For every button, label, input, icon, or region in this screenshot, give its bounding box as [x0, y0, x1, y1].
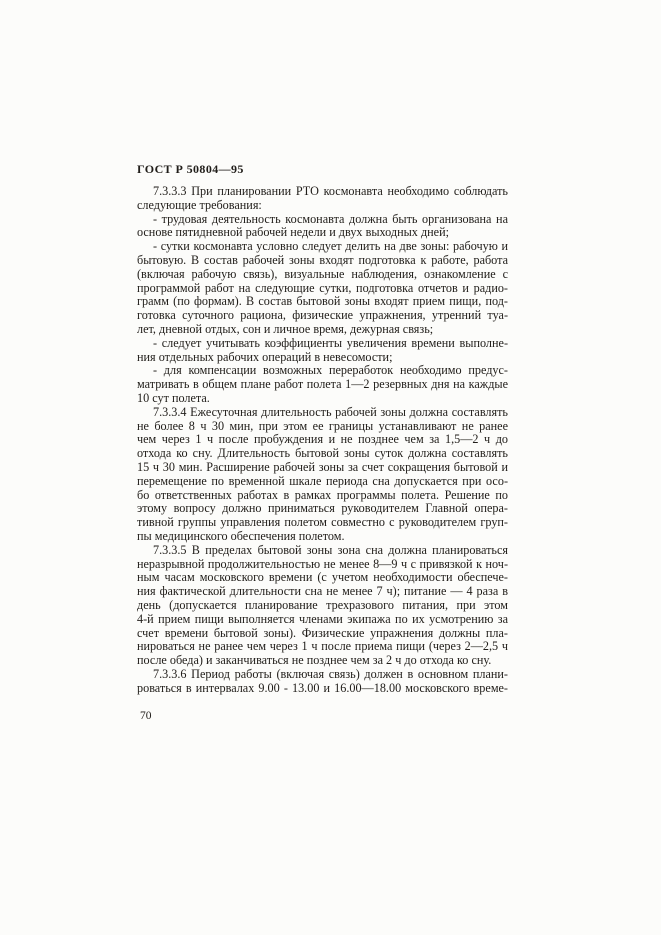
text-line: чем через 1 ч после пробуждения и не поз…	[137, 433, 508, 447]
text-line: ным часам московского времени (с учетом …	[137, 571, 508, 585]
list-item-coefficients: - следует учитывать коэффициенты увеличе…	[137, 337, 508, 365]
text-line: не более 8 ч 30 мин, при этом ее границы…	[137, 420, 508, 434]
text-line: - для компенсации возможных переработок …	[137, 364, 508, 378]
text-line: - следует учитывать коэффициенты увеличе…	[137, 337, 508, 351]
text-line: 15 ч 30 мин. Расширение рабочей зоны за …	[137, 461, 508, 475]
text-line: матривать в общем плане работ полета 1—2…	[137, 378, 508, 392]
list-item-work-week: - трудовая деятельность космонавта должн…	[137, 213, 508, 241]
text-line: бытовую. В состав рабочей зоны входят по…	[137, 254, 508, 268]
text-line: после обеда) и заканчиваться не позднее …	[137, 654, 508, 668]
document-page: ГОСТ Р 50804—95 7.3.3.3 При планировании…	[0, 0, 661, 935]
text-line: перемещение по временной шкале периода с…	[137, 475, 508, 489]
text-line: день (допускается планирование трехразов…	[137, 599, 508, 613]
text-line: 4-й прием пищи выполняется членами экипа…	[137, 613, 508, 627]
page-number: 70	[140, 710, 152, 722]
text-line: ния отдельных рабочих операций в невесом…	[137, 351, 508, 365]
text-line: отхода ко сну. Длительность бытовой зоны…	[137, 447, 508, 461]
text-line: тивной группы управления полетом совмест…	[137, 516, 508, 530]
list-item-reserve-days: - для компенсации возможных переработок …	[137, 364, 508, 405]
text-line: - сутки космонавта условно следует делит…	[137, 240, 508, 254]
text-line: (включая рабочую связь), визуальные набл…	[137, 268, 508, 282]
text-line: пы медицинского обеспечения полетом.	[137, 530, 508, 544]
text-line: нироваться не ранее чем через 1 ч после …	[137, 640, 508, 654]
text-line: программой работ на следующие сутки, под…	[137, 282, 508, 296]
paragraph-7333: 7.3.3.3 При планировании РТО космонавта …	[137, 185, 508, 213]
paragraph-7336: 7.3.3.6 Период работы (включая связь) до…	[137, 668, 508, 696]
text-line: 7.3.3.6 Период работы (включая связь) до…	[137, 668, 508, 682]
text-line: 7.3.3.5 В пределах бытовой зоны зона сна…	[137, 544, 508, 558]
text-line: неразрывной продолжительностью не менее …	[137, 558, 508, 572]
text-line: готовка суточного рациона, физические уп…	[137, 309, 508, 323]
text-line: этому вопросу должно приниматься руковод…	[137, 502, 508, 516]
text-line: роваться в интервалах 9.00 - 13.00 и 16.…	[137, 682, 508, 696]
document-body: 7.3.3.3 При планировании РТО космонавта …	[137, 185, 508, 695]
text-line: счет времени бытовой зоны). Физические у…	[137, 627, 508, 641]
list-item-two-zones: - сутки космонавта условно следует делит…	[137, 240, 508, 337]
document-header: ГОСТ Р 50804—95	[137, 162, 244, 177]
text-line: следующие требования:	[137, 199, 508, 213]
text-line: ния фактической длительности сна не мене…	[137, 585, 508, 599]
text-line: 10 сут полета.	[137, 392, 508, 406]
paragraph-7334: 7.3.3.4 Ежесуточная длительность рабочей…	[137, 406, 508, 544]
text-line: грамм (по формам). В состав бытовой зоны…	[137, 295, 508, 309]
text-line: лет, дневной отдых, сон и личное время, …	[137, 323, 508, 337]
text-line: бо ответственных работах в рамках програ…	[137, 489, 508, 503]
text-line: 7.3.3.4 Ежесуточная длительность рабочей…	[137, 406, 508, 420]
text-line: - трудовая деятельность космонавта должн…	[137, 213, 508, 227]
text-line: основе пятидневной рабочей недели и двух…	[137, 226, 508, 240]
text-line: 7.3.3.3 При планировании РТО космонавта …	[137, 185, 508, 199]
paragraph-7335: 7.3.3.5 В пределах бытовой зоны зона сна…	[137, 544, 508, 668]
